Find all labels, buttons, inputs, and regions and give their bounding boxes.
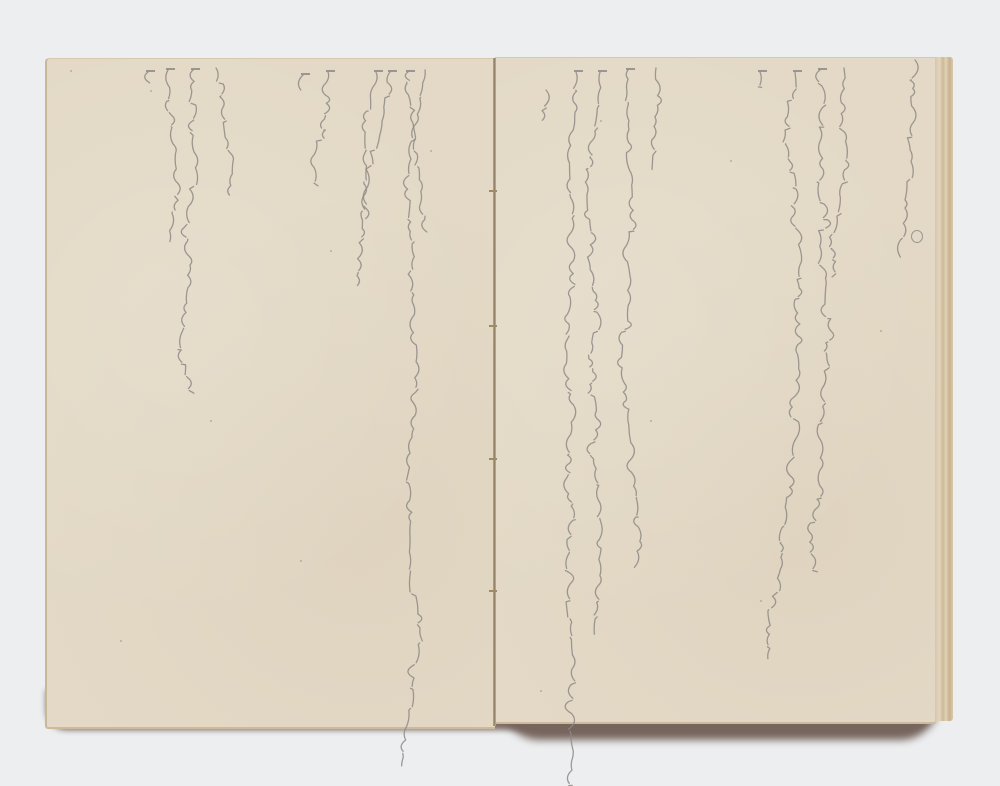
- right-handwriting-column: [814, 70, 830, 500]
- item-marker-dash: [818, 68, 827, 70]
- left-handwriting-column: [162, 70, 178, 225]
- paper-speck: [730, 160, 732, 162]
- paper-speck: [540, 690, 542, 692]
- item-marker-dash: [793, 70, 802, 72]
- right-handwriting-column: [594, 72, 610, 560]
- binding-stitch: [489, 458, 497, 460]
- paper-speck: [430, 150, 432, 152]
- left-handwriting-column: [402, 72, 418, 210]
- right-handwriting-column: [754, 72, 770, 78]
- right-handwriting-column: [570, 72, 586, 700]
- paper-speck: [70, 70, 72, 72]
- item-marker-dash: [166, 68, 175, 70]
- left-handwriting-column: [210, 68, 226, 180]
- notebook-spine: [493, 58, 496, 726]
- item-marker-dash: [758, 70, 767, 72]
- left-handwriting-column: [419, 70, 435, 690]
- right-page: Right page: [495, 57, 935, 724]
- right-handwriting-column: [650, 68, 666, 160]
- paper-speck: [120, 640, 122, 642]
- item-marker-dash: [191, 68, 200, 70]
- right-handwriting-column: [789, 72, 805, 585]
- paper-speck: [880, 330, 882, 332]
- title-handwriting-column: [909, 60, 925, 245]
- item-marker-dash: [406, 70, 415, 72]
- item-marker-dash: [388, 70, 397, 72]
- left-handwriting-column: [322, 72, 338, 170]
- right-handwriting-column: [540, 90, 556, 115]
- page-edge-stack: [935, 57, 953, 721]
- binding-stitch: [489, 590, 497, 592]
- right-handwriting-column: [622, 70, 638, 550]
- paper-speck: [760, 600, 762, 602]
- paper-speck: [300, 560, 302, 562]
- item-marker-dash: [598, 70, 607, 72]
- item-marker-dash: [146, 70, 155, 72]
- binding-stitch: [489, 190, 497, 192]
- item-marker-dash: [374, 70, 383, 72]
- item-marker-dash: [626, 68, 635, 70]
- left-handwriting-column: [384, 72, 400, 205]
- circle-mark-icon: [911, 230, 923, 243]
- paper-speck: [210, 420, 212, 422]
- paper-speck: [650, 420, 652, 422]
- left-handwriting-column: [370, 72, 386, 255]
- right-handwriting-column: [838, 68, 854, 240]
- left-handwriting-column: [142, 72, 158, 78]
- paper-speck: [330, 250, 332, 252]
- item-marker-dash: [574, 70, 583, 72]
- paper-speck: [820, 420, 822, 422]
- left-handwriting-column: [297, 75, 313, 81]
- left-handwriting-column: [187, 70, 203, 345]
- binding-stitch: [489, 325, 497, 327]
- paper-speck: [600, 120, 602, 122]
- item-marker-dash: [326, 70, 335, 72]
- paper-speck: [150, 90, 152, 92]
- item-marker-dash: [301, 73, 310, 75]
